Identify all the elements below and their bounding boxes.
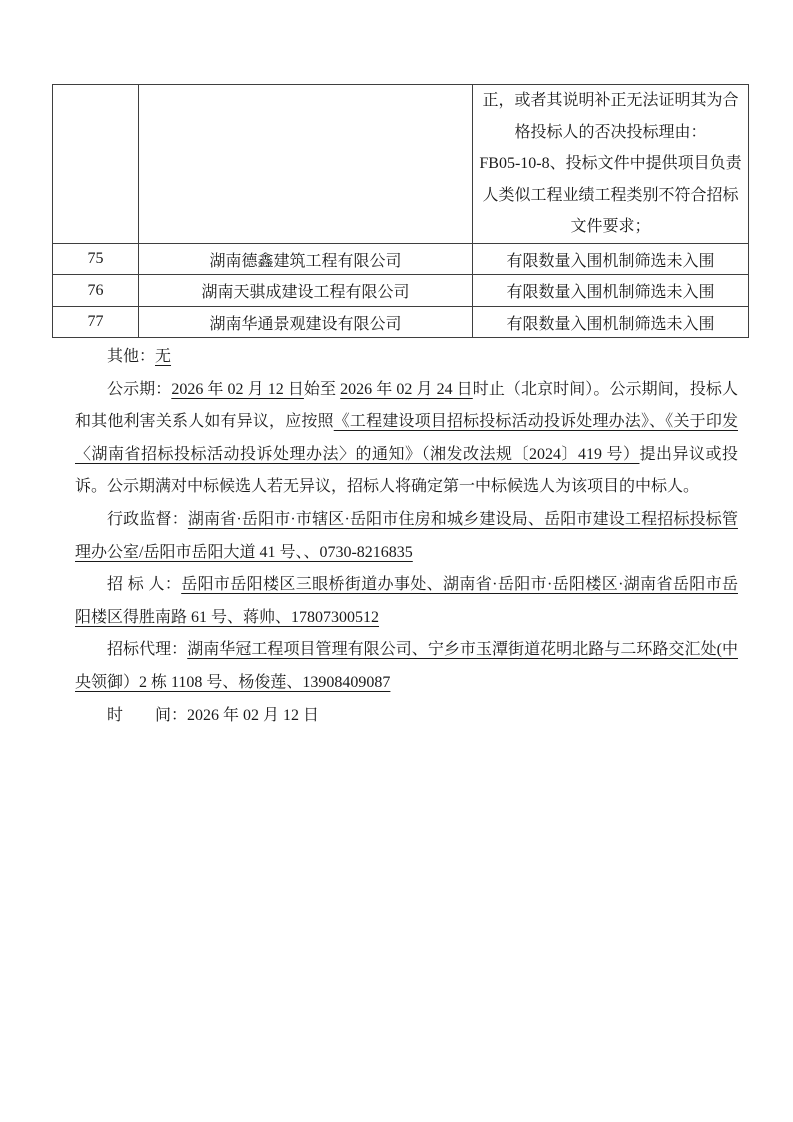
bid-result-table: 正，或者其说明补正无法证明其为合格投标人的否决投标理由： FB05-10-8、投… (52, 84, 749, 338)
result-cell: 有限数量入围机制筛选未入围 (473, 306, 749, 338)
publicity-to: 始至 (304, 381, 340, 398)
other-label: 其他： (107, 348, 155, 365)
supervision-paragraph: 行政监督：湖南省·岳阳市·市辖区·岳阳市住房和城乡建设局、岳阳市建设工程招标投标… (75, 504, 738, 569)
continuation-reason-cell: 正，或者其说明补正无法证明其为合格投标人的否决投标理由： FB05-10-8、投… (473, 85, 749, 244)
rejection-reason-detail: FB05-10-8、投标文件中提供项目负责人类似工程业绩工程类别不符合招标文件要… (477, 148, 744, 243)
bidder-cell: 湖南德鑫建筑工程有限公司 (139, 243, 473, 275)
publicity-start-date: 2026 年 02 月 12 日 (171, 381, 304, 398)
page: { "colors": { "background": "#ffffff", "… (0, 0, 793, 1122)
other-line: 其他：无 (75, 341, 738, 374)
continuation-bidder-cell (139, 85, 473, 244)
continuation-seq-cell (53, 85, 139, 244)
publicity-end-date: 2026 年 02 月 24 日 (340, 381, 473, 398)
result-cell: 有限数量入围机制筛选未入围 (473, 275, 749, 307)
seq-cell: 75 (53, 243, 139, 275)
time-label: 时 间： (107, 707, 187, 724)
supervision-label: 行政监督： (107, 511, 188, 528)
table-row: 76 湖南天骐成建设工程有限公司 有限数量入围机制筛选未入围 (53, 275, 749, 307)
agent-paragraph: 招标代理：湖南华冠工程项目管理有限公司、宁乡市玉潭街道花明北路与二环路交汇处(中… (75, 634, 738, 699)
agent-label: 招标代理： (107, 641, 187, 658)
rejection-reason-heading: 正，或者其说明补正无法证明其为合格投标人的否决投标理由： (477, 85, 744, 148)
table-row: 77 湖南华通景观建设有限公司 有限数量入围机制筛选未入围 (53, 306, 749, 338)
publicity-paragraph: 公示期：2026 年 02 月 12 日始至 2026 年 02 月 24 日时… (75, 374, 738, 504)
table-row-continuation: 正，或者其说明补正无法证明其为合格投标人的否决投标理由： FB05-10-8、投… (53, 85, 749, 244)
result-cell: 有限数量入围机制筛选未入围 (473, 243, 749, 275)
seq-cell: 77 (53, 306, 139, 338)
publicity-label: 公示期： (107, 381, 171, 398)
bidder-cell: 湖南华通景观建设有限公司 (139, 306, 473, 338)
tenderer-label: 招 标 人： (107, 576, 181, 593)
other-value: 无 (155, 348, 171, 365)
seq-cell: 76 (53, 275, 139, 307)
table-row: 75 湖南德鑫建筑工程有限公司 有限数量入围机制筛选未入围 (53, 243, 749, 275)
time-line: 时 间：2026 年 02 月 12 日 (75, 700, 738, 733)
notes-section: 其他：无 公示期：2026 年 02 月 12 日始至 2026 年 02 月 … (75, 341, 738, 732)
time-value: 2026 年 02 月 12 日 (187, 707, 319, 724)
bidder-cell: 湖南天骐成建设工程有限公司 (139, 275, 473, 307)
tenderer-paragraph: 招 标 人：岳阳市岳阳楼区三眼桥街道办事处、湖南省·岳阳市·岳阳楼区·湖南省岳阳… (75, 569, 738, 634)
